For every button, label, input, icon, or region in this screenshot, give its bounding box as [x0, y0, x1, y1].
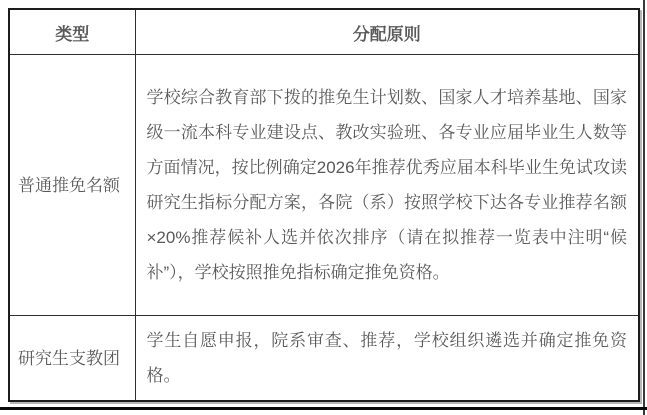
- page-right-border: [643, 0, 645, 415]
- cell-principle-teaching-corps: 学生自愿申报，院系审查、推荐，学校组织遴选并确定推免资格。: [135, 316, 639, 402]
- page-bottom-border: [0, 407, 647, 410]
- allocation-table: 类型 分配原则 普通推免名额 学校综合教育部下拨的推免生计划数、国家人才培养基地…: [8, 8, 640, 402]
- table-row: 普通推免名额 学校综合教育部下拨的推免生计划数、国家人才培养基地、国家级一流本科…: [9, 55, 639, 316]
- table-row: 研究生支教团 学生自愿申报，院系审查、推荐，学校组织遴选并确定推免资格。: [9, 316, 639, 402]
- header-cell-type: 类型: [9, 9, 135, 55]
- table-header-row: 类型 分配原则: [9, 9, 639, 55]
- cell-type-general-quota: 普通推免名额: [9, 55, 135, 316]
- cell-principle-general-quota: 学校综合教育部下拨的推免生计划数、国家人才培养基地、国家级一流本科专业建设点、教…: [135, 55, 639, 316]
- header-cell-principle: 分配原则: [135, 9, 639, 55]
- cell-type-teaching-corps: 研究生支教团: [9, 316, 135, 402]
